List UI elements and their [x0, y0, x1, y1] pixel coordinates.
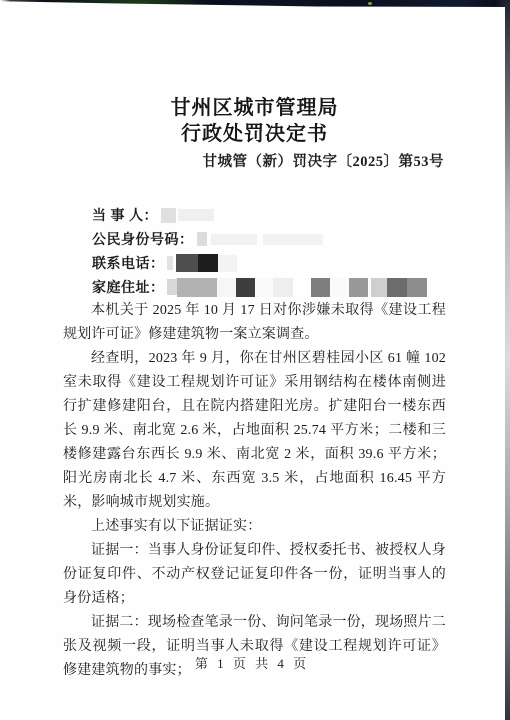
party-name-label: 当 事 人： [92, 205, 158, 225]
redaction-block [176, 254, 198, 272]
document-body: 本机关于 2025 年 10 月 17 日对你涉嫌未取得《建设工程规划许可证》修… [63, 299, 446, 683]
document-number: 甘城管（新）罚决字〔2025〕第53号 [63, 152, 446, 172]
redaction-block [161, 208, 176, 223]
party-phone-redaction [165, 251, 237, 275]
agency-name: 甘州区城市管理局 [171, 97, 339, 119]
party-name-row: 当 事 人： [92, 203, 446, 227]
redaction-block [236, 278, 255, 297]
party-info-section: 当 事 人： 公民身份号码： 联系电话： 家庭住址： [63, 203, 446, 299]
paragraph-evidence-one: 证据一：当事人身份证复印件、授权委托书、被授权人身份证复印件、不动产权登记证复印… [63, 539, 446, 611]
redaction-block [217, 278, 236, 297]
document-title: 甘州区城市管理局 行政处罚决定书 [63, 95, 446, 147]
redaction-block [330, 278, 349, 297]
redaction-block [263, 234, 323, 245]
redaction-block [273, 278, 293, 297]
party-id-label: 公民身份号码： [92, 229, 194, 249]
party-phone-label: 联系电话： [92, 253, 165, 273]
paragraph-evidence-intro: 上述事实有以下证据证实： [63, 515, 446, 539]
party-id-row: 公民身份号码： [92, 227, 446, 251]
paragraph-findings: 经查明，2023 年 9 月，你在甘州区碧桂园小区 61 幢 102 室未取得《… [63, 347, 446, 515]
redaction-block [349, 278, 368, 297]
redaction-block [167, 279, 177, 295]
redaction-block [218, 255, 237, 272]
party-address-row: 家庭住址： [92, 275, 446, 299]
redaction-block [255, 278, 273, 297]
redaction-block [177, 278, 217, 297]
redaction-block [167, 256, 173, 270]
redaction-block [371, 278, 387, 297]
document-type: 行政处罚决定书 [181, 123, 328, 145]
party-address-label: 家庭住址： [92, 277, 165, 297]
document-page: 甘州区城市管理局 行政处罚决定书 甘城管（新）罚决字〔2025〕第53号 当 事… [0, 0, 510, 683]
redaction-block [407, 278, 427, 297]
paragraph-case-opening: 本机关于 2025 年 10 月 17 日对你涉嫌未取得《建设工程规划许可证》修… [63, 299, 446, 347]
redaction-block [197, 232, 207, 246]
redaction-block [211, 234, 257, 245]
redaction-block [178, 209, 214, 221]
party-address-redaction [165, 275, 427, 299]
party-phone-row: 联系电话： [92, 251, 446, 275]
document-photo: 甘州区城市管理局 行政处罚决定书 甘城管（新）罚决字〔2025〕第53号 当 事… [0, 0, 510, 720]
page-footer: 第 1 页 共 4 页 [0, 653, 504, 672]
redaction-block [387, 278, 407, 297]
party-id-redaction [194, 227, 323, 251]
paragraph-evidence-two: 证据二：现场检查笔录一份、询问笔录一份，现场照片二张及视频一段，证明当事人未取得… [63, 611, 446, 683]
redaction-block [311, 278, 330, 297]
party-name-redaction [158, 203, 214, 227]
redaction-block [198, 254, 218, 272]
